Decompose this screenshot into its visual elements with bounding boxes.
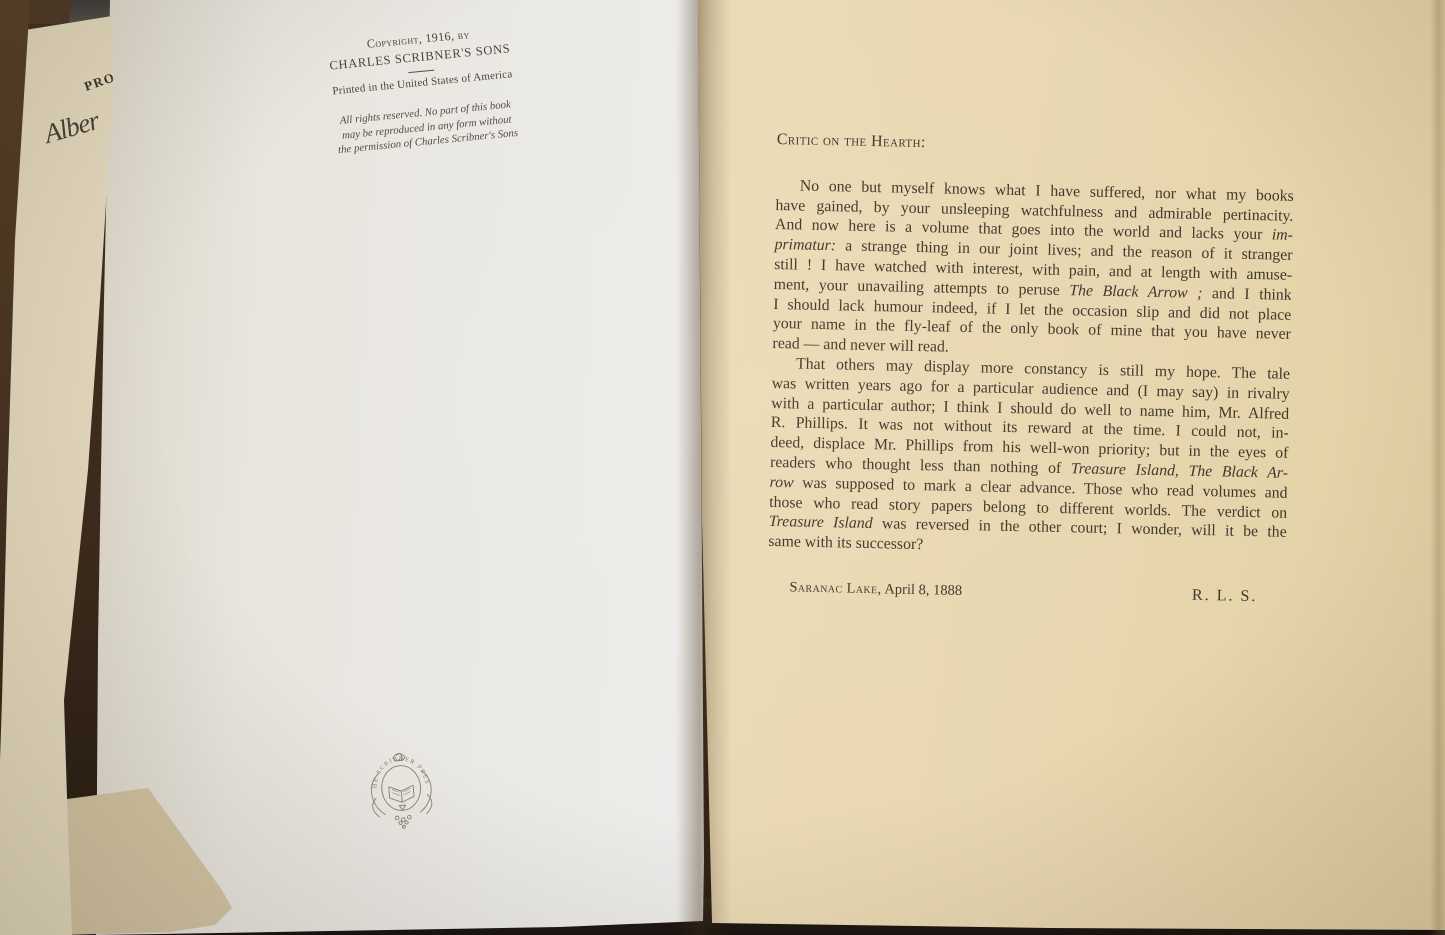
dateline: Saranac Lake, April 8, 1888 bbox=[767, 578, 962, 602]
open-book-photo: PRO Alber Copyright, 1916, by CHARLES SC… bbox=[0, 0, 1445, 935]
device-arc-text: THE SCRIBNER PRESS bbox=[347, 732, 430, 791]
dedication-body: No one but myself knows what I have suff… bbox=[768, 176, 1294, 563]
svg-text:THE SCRIBNER PRESS: THE SCRIBNER PRESS bbox=[347, 732, 430, 791]
copyright-block: Copyright, 1916, by CHARLES SCRIBNER'S S… bbox=[314, 22, 532, 159]
signature: R. L. S. bbox=[1192, 586, 1286, 608]
scribner-press-device: THE SCRIBNER PRESS bbox=[347, 732, 456, 841]
ownership-stamp: PRO bbox=[82, 69, 117, 95]
dateline-place: Saranac Lake, bbox=[789, 579, 881, 597]
owner-inscription: Alber bbox=[41, 105, 102, 150]
dateline-date: April 8, 1888 bbox=[881, 581, 962, 599]
dedication-block: Critic on the Hearth: No one but myself … bbox=[767, 130, 1295, 608]
printer-rule bbox=[408, 70, 434, 73]
